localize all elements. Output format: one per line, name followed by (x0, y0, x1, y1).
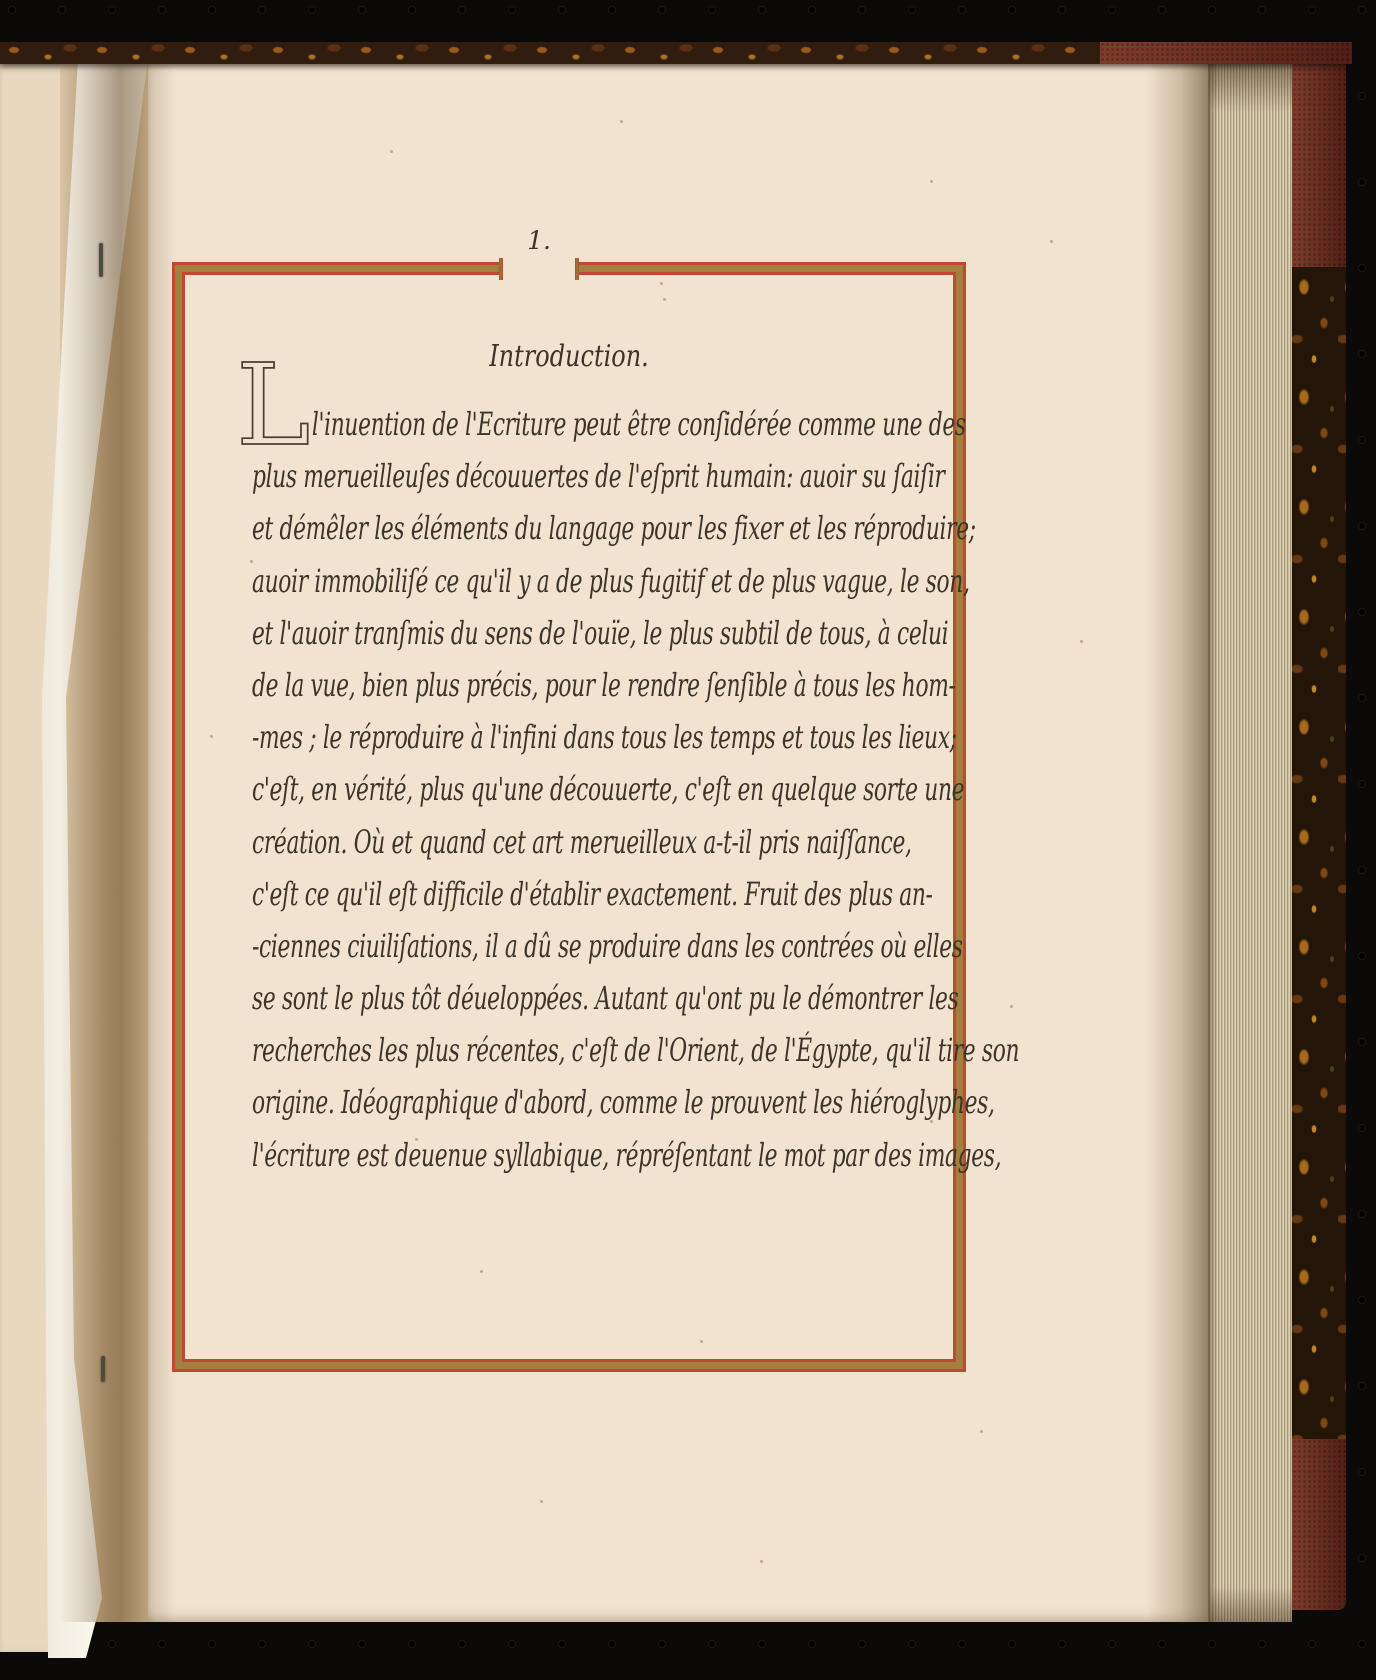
foxing-speck (415, 1138, 418, 1141)
foxing-speck (480, 1270, 483, 1273)
manuscript-line: recherches les plus récentes, c'eſt de l… (252, 1024, 837, 1076)
cover-board-edge (1292, 42, 1346, 1610)
page-number: 1. (503, 226, 575, 255)
foxing-speck (250, 560, 253, 563)
manuscript-line: -ciennes ciuiliſations, il a dû se produ… (252, 920, 837, 972)
manuscript-line: et l'auoir tranſmis du sens de l'ouïe, l… (252, 607, 837, 659)
foxing-speck (620, 120, 623, 123)
foxing-speck (700, 1340, 703, 1343)
leather-corner-top (1292, 42, 1346, 267)
foxing-speck (760, 1560, 763, 1563)
leather-top-right (1100, 42, 1352, 64)
border-end-cap (575, 258, 579, 280)
marbled-paper-edge (1292, 267, 1346, 1439)
section-title: Introduction. (251, 339, 886, 374)
foxing-speck (1010, 1005, 1013, 1008)
staple (99, 243, 103, 277)
book-top-edge (0, 42, 1352, 64)
foxing-speck (930, 1120, 933, 1123)
border-gap (503, 258, 575, 278)
foxing-speck (390, 150, 393, 153)
manuscript-page: 1. Introduction. L l'inuention de l'Ecri… (148, 58, 1210, 1622)
leather-corner-bottom (1292, 1439, 1346, 1610)
manuscript-line: origine. Idéographique d'abord, comme le… (252, 1076, 837, 1128)
manuscript-line: création. Où et quand cet art merueilleu… (252, 816, 837, 868)
foxing-speck (930, 180, 933, 183)
foxing-speck (905, 790, 908, 793)
manuscript-line: auoir immobiliſé ce qu'il y a de plus fu… (252, 555, 837, 607)
manuscript-line: se sont le plus tôt déueloppées. Autant … (252, 972, 837, 1024)
manuscript-line: c'eſt ce qu'il eſt difficile d'établir e… (252, 868, 837, 920)
foxing-speck (210, 735, 213, 738)
staple (101, 1356, 105, 1382)
manuscript-line: c'eſt, en vérité, plus qu'une découuerte… (252, 763, 837, 815)
manuscript-line: l'inuention de l'Ecriture peut être conſ… (252, 398, 837, 450)
foxing-speck (1080, 640, 1083, 643)
foxing-speck (540, 1500, 543, 1503)
foxing-speck (660, 282, 663, 285)
manuscript-line: plus merueilleuſes découuertes de l'eſpr… (252, 450, 837, 502)
page-curl-shadow (1146, 58, 1210, 1622)
manuscript-line: de la vue, bien plus précis, pour le ren… (252, 659, 837, 711)
manuscript-text: l'inuention de l'Ecriture peut être conſ… (252, 398, 1112, 1181)
foxing-speck (663, 298, 666, 301)
gutter-shadow (60, 58, 176, 1622)
manuscript-line: et démêler les éléments du langage pour … (252, 502, 837, 554)
manuscript-line: -mes ; le réproduire à l'infini dans tou… (252, 711, 837, 763)
photo-canvas: { "page": { "number": "1.", "title": "In… (0, 0, 1376, 1680)
fore-edge-pages (1208, 60, 1292, 1622)
border-end-cap (499, 258, 503, 280)
foxing-speck (980, 1430, 983, 1433)
manuscript-line: l'écriture est deuenue syllabique, répré… (252, 1129, 837, 1181)
foxing-speck (1050, 240, 1053, 243)
